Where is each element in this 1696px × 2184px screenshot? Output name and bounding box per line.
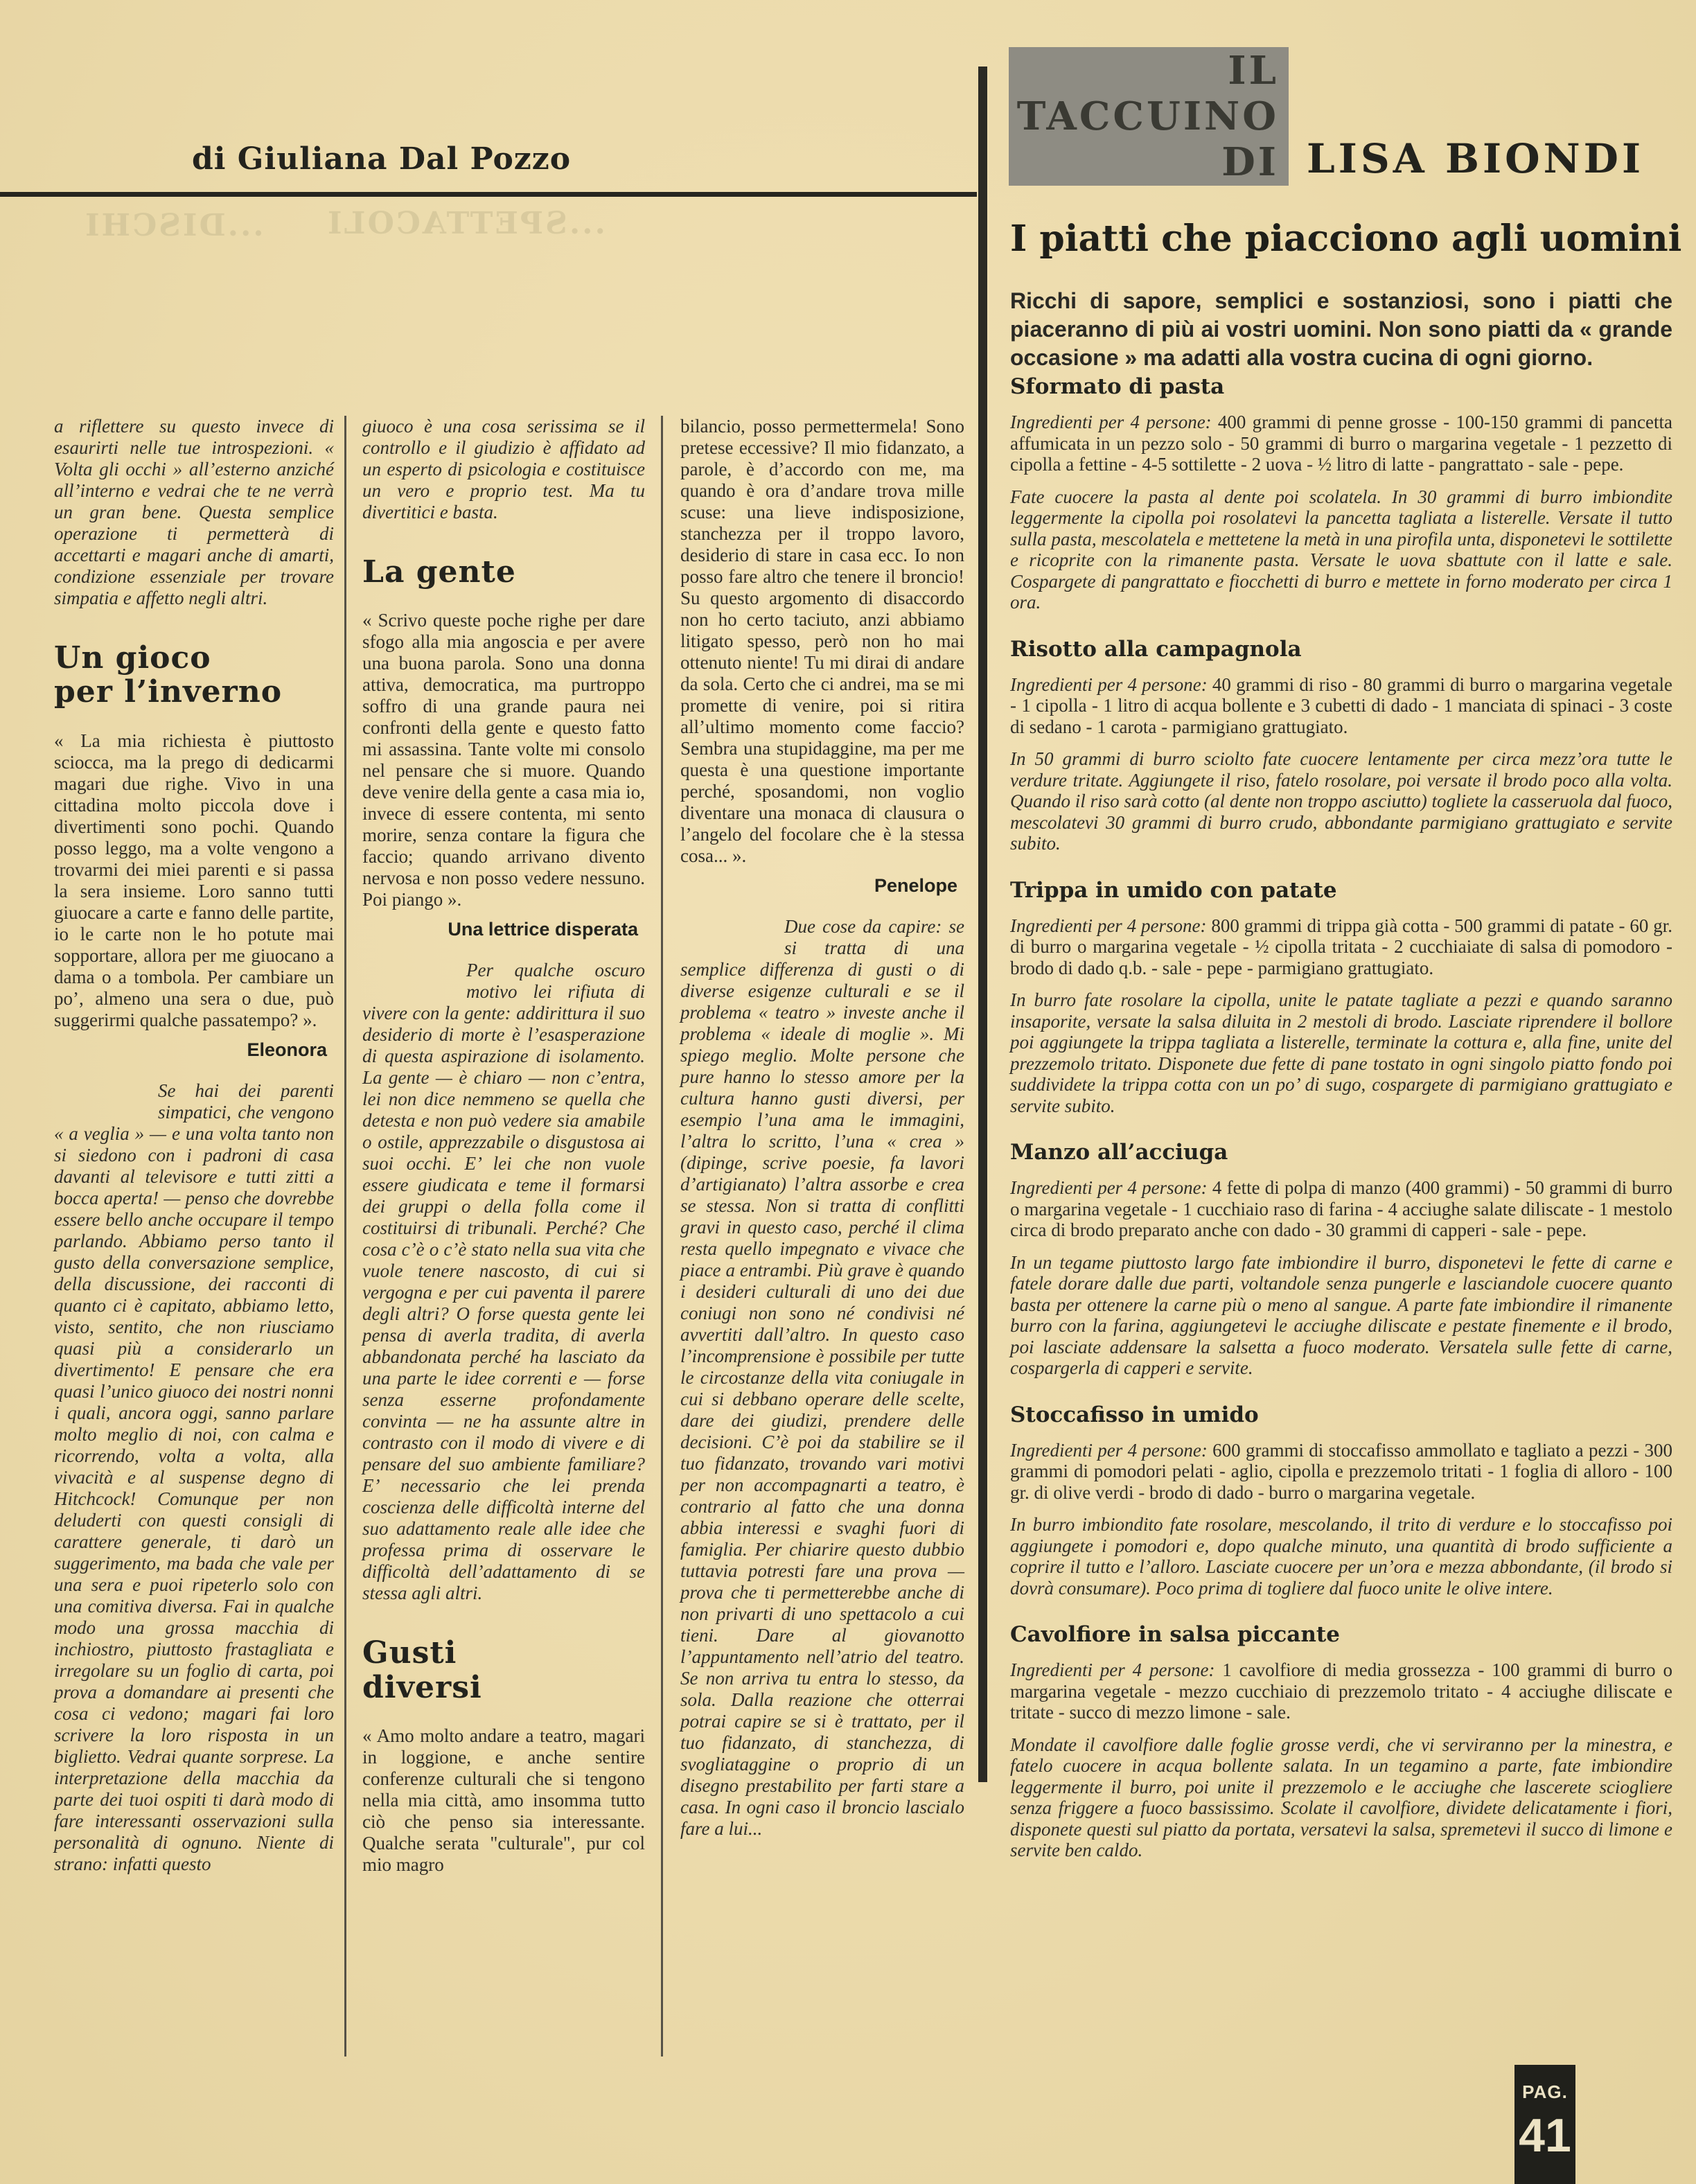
recipe-method: In burro imbiondito fate rosolare, mesco… bbox=[1010, 1514, 1672, 1599]
ingredients-label: Ingredienti per 4 persone: bbox=[1010, 412, 1212, 432]
taccuino-title-box: IL TACCUINO DI bbox=[1009, 47, 1289, 186]
letter-signature: Penelope bbox=[680, 875, 957, 897]
ingredients-label: Ingredienti per 4 persone: bbox=[1010, 1177, 1208, 1198]
reader-letter: bilancio, posso permettermela! Sono pret… bbox=[680, 416, 964, 867]
letter-heading: Gusti diversi bbox=[362, 1636, 645, 1705]
taccuino-box-line: TACCUINO bbox=[1017, 97, 1279, 136]
recipe: Manzo all’acciuga Ingredienti per 4 pers… bbox=[1010, 1140, 1672, 1379]
recipe-ingredients: Ingredienti per 4 persone: 4 fette di po… bbox=[1010, 1177, 1672, 1241]
recipe-title: Sformato di pasta bbox=[1010, 374, 1672, 399]
ingredients-label: Ingredienti per 4 persone: bbox=[1010, 915, 1207, 936]
recipe: Risotto alla campagnola Ingredienti per … bbox=[1010, 637, 1672, 854]
reader-letter: « Scrivo queste poche righe per dare sfo… bbox=[362, 610, 645, 910]
letter-signature: Una lettrice disperata bbox=[362, 919, 638, 940]
recipe: Cavolfiore in salsa piccante Ingredienti… bbox=[1010, 1622, 1672, 1861]
recipe-ingredients: Ingredienti per 4 persone: 1 cavolfiore … bbox=[1010, 1659, 1672, 1723]
taccuino-box-line: DI bbox=[1221, 143, 1279, 182]
taccuino-box-line: IL bbox=[1228, 51, 1279, 90]
advice-column-2: giuoco è una cosa serissima se il contro… bbox=[362, 416, 645, 1876]
recipe-title: Trippa in umido con patate bbox=[1010, 878, 1672, 903]
recipe-method: Mondate il cavolfiore dalle foglie gross… bbox=[1010, 1734, 1672, 1861]
reader-letter: « La mia richiesta è piuttosto sciocca, … bbox=[54, 730, 334, 1031]
column-reply: Due cose da capire: se si tratta di una … bbox=[680, 916, 964, 1840]
recipe-ingredients: Ingredienti per 4 persone: 40 grammi di … bbox=[1010, 674, 1672, 738]
column-divider bbox=[661, 416, 663, 2057]
advice-column-3: bilancio, posso permettermela! Sono pret… bbox=[680, 416, 964, 1840]
letter-signature: Eleonora bbox=[54, 1039, 327, 1061]
letter-heading: Un gioco per l’inverno bbox=[54, 641, 334, 710]
header-rule bbox=[0, 192, 977, 197]
recipe: Trippa in umido con patate Ingredienti p… bbox=[1010, 878, 1672, 1117]
magazine-page: ...DISCHI ...SPETTACOLI di Giuliana Dal … bbox=[0, 0, 1696, 2184]
recipe-method: In 50 grammi di burro sciolto fate cuoce… bbox=[1010, 748, 1672, 854]
recipe-method: In un tegame piuttosto largo fate imbion… bbox=[1010, 1252, 1672, 1379]
recipe-ingredients: Ingredienti per 4 persone: 400 grammi di… bbox=[1010, 412, 1672, 475]
recipe-title: Cavolfiore in salsa piccante bbox=[1010, 1622, 1672, 1647]
column-reply: Se hai dei parenti simpatici, che vengon… bbox=[54, 1080, 334, 1875]
ingredients-label: Ingredienti per 4 persone: bbox=[1010, 1659, 1214, 1680]
page-number: 41 bbox=[1514, 2108, 1575, 2163]
recipe: Stoccafisso in umido Ingredienti per 4 p… bbox=[1010, 1402, 1672, 1599]
column-divider bbox=[344, 416, 346, 2057]
recipe-list: Sformato di pasta Ingredienti per 4 pers… bbox=[1010, 374, 1672, 1872]
reply-continuation: giuoco è una cosa serissima se il contro… bbox=[362, 416, 645, 523]
letter-heading: La gente bbox=[362, 555, 645, 589]
reply-continuation: a riflettere su questo invece di esaurir… bbox=[54, 416, 334, 609]
recipe-method: In burro fate rosolare la cipolla, unite… bbox=[1010, 989, 1672, 1116]
advice-column-1: a riflettere su questo invece di esaurir… bbox=[54, 416, 334, 1875]
bleedthrough-text: ...SPETTACOLI bbox=[326, 206, 606, 241]
recipe-ingredients: Ingredienti per 4 persone: 600 grammi di… bbox=[1010, 1440, 1672, 1504]
taccuino-author-name: LISA BIONDI bbox=[1307, 139, 1644, 179]
section-divider-bar bbox=[978, 67, 987, 1782]
reader-letter: « Amo molto andare a teatro, magari in l… bbox=[362, 1725, 645, 1876]
recipe-method: Fate cuocere la pasta al dente poi scola… bbox=[1010, 486, 1672, 613]
recipe-ingredients: Ingredienti per 4 persone: 800 grammi di… bbox=[1010, 915, 1672, 979]
ingredients-label: Ingredienti per 4 persone: bbox=[1010, 1440, 1208, 1461]
recipe-title: Manzo all’acciuga bbox=[1010, 1140, 1672, 1165]
taccuino-article-title: I piatti che piacciono agli uomini bbox=[1010, 219, 1681, 258]
ingredients-label: Ingredienti per 4 persone: bbox=[1010, 674, 1208, 695]
bleedthrough-text: ...DISCHI bbox=[83, 208, 264, 243]
column-reply: Per qualche oscuro motivo lei rifiuta di… bbox=[362, 960, 645, 1604]
page-number-label: PAG. bbox=[1514, 2081, 1575, 2103]
advice-column-author: di Giuliana Dal Pozzo bbox=[192, 141, 571, 177]
recipe: Sformato di pasta Ingredienti per 4 pers… bbox=[1010, 374, 1672, 613]
recipe-title: Stoccafisso in umido bbox=[1010, 1402, 1672, 1427]
taccuino-intro: Ricchi di sapore, semplici e sostanziosi… bbox=[1010, 287, 1672, 372]
recipe-title: Risotto alla campagnola bbox=[1010, 637, 1672, 662]
page-number-box: PAG. 41 bbox=[1514, 2065, 1575, 2184]
